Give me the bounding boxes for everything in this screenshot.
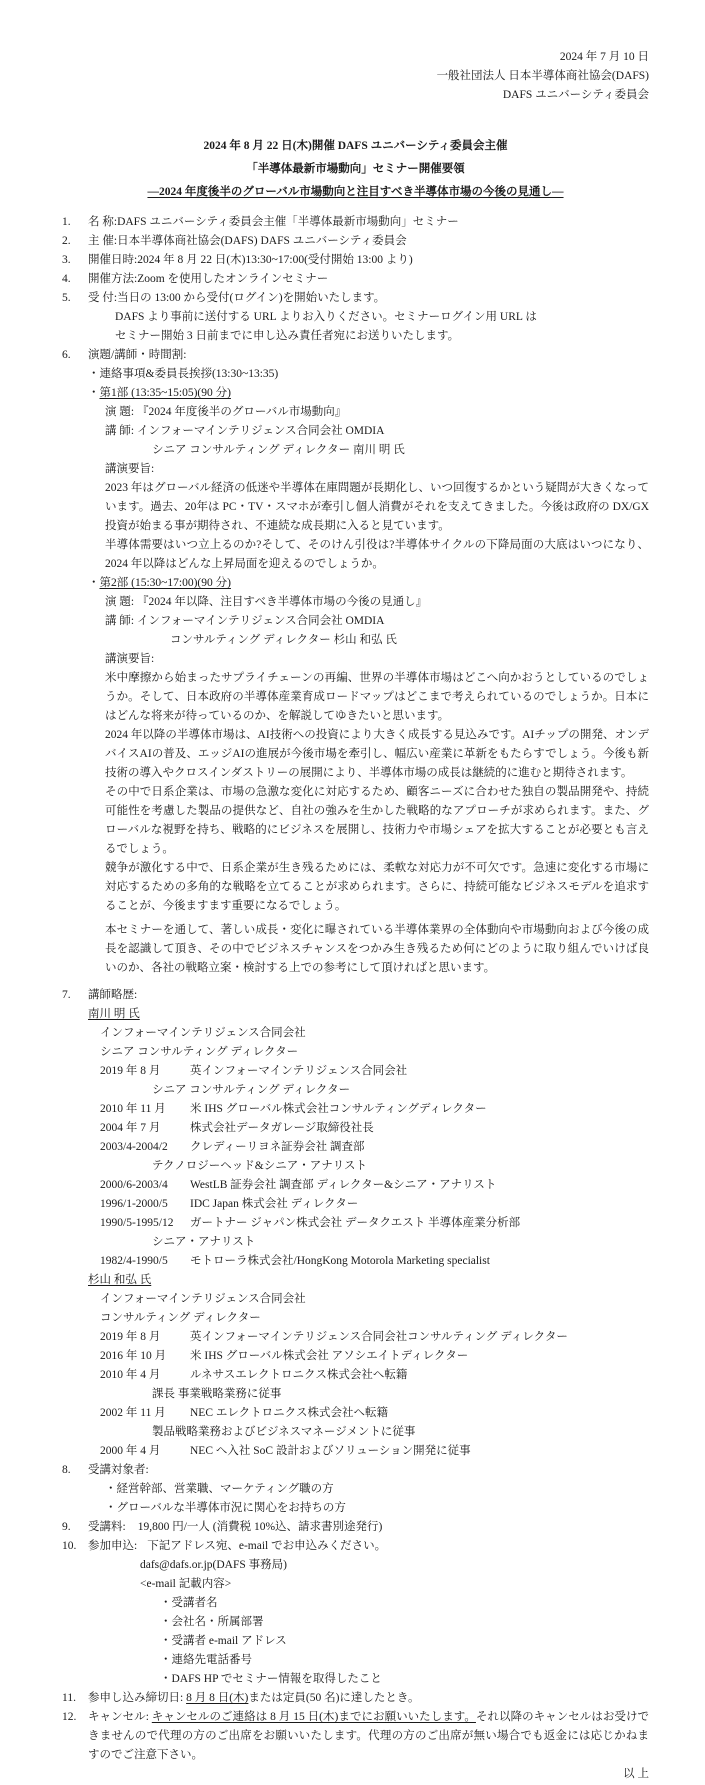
career-desc-line2: 課長 事業戦略業務に従事 <box>152 1385 649 1404</box>
career-date: 1982/4-1990/5 <box>100 1252 190 1271</box>
fee-value: 19,800 円/一人 (消費税 10%込、請求書別途発行) <box>138 1521 383 1533</box>
deadline-date: 8 月 8 日(木) <box>186 1692 248 1704</box>
career-row: 2000 年 4 月NEC へ入社 SoC 設計およびソリューション開発に従事 <box>100 1442 649 1461</box>
item-9-fee: 9. 受講料:19,800 円/一人 (消費税 10%込、請求書別途発行) <box>62 1518 649 1537</box>
career-date: 2016 年 10 月 <box>100 1347 190 1366</box>
audience-bullet: ・経営幹部、営業職、マーケティング職の方 <box>105 1480 649 1499</box>
career-row: 2016 年 10 月米 IHS グローバル株式会社 アソシエイトディレクター <box>100 1347 649 1366</box>
career-row: 2010 年 11 月米 IHS グローバル株式会社コンサルティングディレクター <box>100 1100 649 1119</box>
career-date: 2004 年 7 月 <box>100 1119 190 1138</box>
seminar-notice-document: 2024 年 7 月 10 日 一般社団法人 日本半導体商社協会(DAFS) D… <box>0 0 705 1785</box>
career-row: 1990/5-1995/12ガートナー ジャパン株式会社 データクエスト 半導体… <box>100 1214 649 1233</box>
deadline-rest: または定員(50 名)に達したとき。 <box>248 1692 419 1704</box>
part1-title: 第1部 (13:35~15:05)(90 分) <box>100 387 231 399</box>
item-body: 参申し込み締切日: 8 月 8 日(木)または定員(50 名)に達したとき。 <box>88 1689 649 1708</box>
item-2-organizer: 2. 主 催:日本半導体商社協会(DAFS) DAFS ユニバーシティ委員会 <box>62 232 649 251</box>
item-number: 6. <box>62 346 88 365</box>
item-body: 受講対象者: ・経営幹部、営業職、マーケティング職の方 ・グローバルな半導体市況… <box>88 1461 649 1518</box>
speaker-affiliation: インフォーマインテリジェンス合同会社 <box>100 1024 649 1043</box>
part1-abstract-paragraph: 半導体需要はいつ立上るのか?そして、そのけん引役は?半導体サイクルの下降局面の大… <box>105 536 649 574</box>
career-desc: 英インフォーマインテリジェンス合同会社 <box>190 1062 407 1081</box>
cancel-deadline: キャンセルのご連絡は 8 月 15 日(木)までにお願いいたします。 <box>152 1711 476 1723</box>
item-number: 9. <box>62 1518 88 1537</box>
audience-bullet: ・グローバルな半導体市況に関心をお持ちの方 <box>105 1499 649 1518</box>
item-text: 開催方法:Zoom を使用したオンラインセミナー <box>88 270 649 289</box>
item-number: 11. <box>62 1689 88 1708</box>
career-date: 2000 年 4 月 <box>100 1442 190 1461</box>
issue-date: 2024 年 7 月 10 日 <box>62 48 649 67</box>
email-contents-heading: <e-mail 記載内容> <box>140 1575 649 1594</box>
part2-topic: 演 題: 『2024 年以降、注目すべき半導体市場の今後の見通し』 <box>105 593 649 612</box>
career-desc: 米 IHS グローバル株式会社 アソシエイトディレクター <box>190 1347 468 1366</box>
career-date: 2019 年 8 月 <box>100 1328 190 1347</box>
bullet: ・ <box>88 577 100 589</box>
email-content-bullet: ・受講者 e-mail アドレス <box>160 1632 649 1651</box>
career-desc: 株式会社データガレージ取締役社長 <box>190 1119 374 1138</box>
email-content-bullet: ・受講者名 <box>160 1594 649 1613</box>
career-row: 2010 年 4 月ルネサスエレクトロニクス株式会社へ転籍 <box>100 1366 649 1385</box>
item-body: 演題/講師・時間割: ・連絡事項&委員長挨拶(13:30~13:35) ・第1部… <box>88 346 649 978</box>
item-text: 開催日時:2024 年 8 月 22 日(木)13:30~17:00(受付開始 … <box>88 251 649 270</box>
item-number: 10. <box>62 1537 88 1556</box>
career-row: 2019 年 8 月英インフォーマインテリジェンス合同会社コンサルティング ディ… <box>100 1328 649 1347</box>
career-date: 2010 年 4 月 <box>100 1366 190 1385</box>
career-row: 2000/6-2003/4WestLB 証券会社 調査部 ディレクター&シニア・… <box>100 1176 649 1195</box>
item-body: キャンセル: キャンセルのご連絡は 8 月 15 日(木)までにお願いいたします… <box>88 1708 649 1765</box>
numbered-items: 1. 名 称:DAFS ユニバーシティ委員会主催「半導体最新市場動向」セミナー … <box>62 213 649 1765</box>
item-text-continuation: DAFS より事前に送付する URL よりお入りください。セミナーログイン用 U… <box>115 308 649 327</box>
item-text-continuation: セミナー開始 3 日前までに申し込み責任者宛にお送りいたします。 <box>115 327 649 346</box>
item-4-method: 4. 開催方法:Zoom を使用したオンラインセミナー <box>62 270 649 289</box>
item-text: 主 催:日本半導体商社協会(DAFS) DAFS ユニバーシティ委員会 <box>88 232 649 251</box>
career-desc: モトローラ株式会社/HongKong Motorola Marketing sp… <box>190 1252 490 1271</box>
career-desc: 英インフォーマインテリジェンス合同会社コンサルティング ディレクター <box>190 1328 568 1347</box>
document-title: 2024 年 8 月 22 日(木)開催 DAFS ユニバーシティ委員会主催 「… <box>62 135 649 204</box>
career-desc: NEC エレクトロニクス株式会社へ転籍 <box>190 1404 388 1423</box>
item-3-datetime: 3. 開催日時:2024 年 8 月 22 日(木)13:30~17:00(受付… <box>62 251 649 270</box>
speaker-name: 杉山 和弘 氏 <box>88 1271 649 1290</box>
item-body: 講師略歴: 南川 明 氏 インフォーマインテリジェンス合同会社 シニア コンサル… <box>88 986 649 1461</box>
item-number: 2. <box>62 232 88 251</box>
audience-heading: 受講対象者: <box>88 1461 649 1480</box>
speaker-role: コンサルティング ディレクター <box>100 1309 649 1328</box>
item-10-application: 10. 参加申込:下記アドレス宛、e-mail でお申込みください。 dafs@… <box>62 1537 649 1689</box>
item-text: 名 称:DAFS ユニバーシティ委員会主催「半導体最新市場動向」セミナー <box>88 213 649 232</box>
career-desc: ルネサスエレクトロニクス株式会社へ転籍 <box>190 1366 407 1385</box>
part2-abstract-paragraph: 競争が激化する中で、日系企業が生き残るためには、柔軟な対応力が不可欠です。急速に… <box>105 859 649 916</box>
item-number: 1. <box>62 213 88 232</box>
item-number: 7. <box>62 986 88 1005</box>
fee-label: 受講料: <box>88 1521 126 1533</box>
career-desc: NEC へ入社 SoC 設計およびソリューション開発に従事 <box>190 1442 471 1461</box>
email-content-bullet: ・DAFS HP でセミナー情報を取得したこと <box>160 1670 649 1689</box>
career-desc: ガートナー ジャパン株式会社 データクエスト 半導体産業分析部 <box>190 1214 520 1233</box>
document-header: 2024 年 7 月 10 日 一般社団法人 日本半導体商社協会(DAFS) D… <box>62 48 649 105</box>
item-number: 5. <box>62 289 88 308</box>
item-number: 12. <box>62 1708 88 1727</box>
part1-title-line: ・第1部 (13:35~15:05)(90 分) <box>88 384 649 403</box>
title-line-2: 「半導体最新市場動向」セミナー開催要領 <box>62 158 649 181</box>
item-body: 受 付:当日の 13:00 から受付(ログイン)を開始いたします。 DAFS よ… <box>88 289 649 346</box>
career-date: 1996/1-2000/5 <box>100 1195 190 1214</box>
part2-title-line: ・第2部 (15:30~17:00)(90 分) <box>88 574 649 593</box>
speaker-affiliation: インフォーマインテリジェンス合同会社 <box>100 1290 649 1309</box>
career-desc: WestLB 証券会社 調査部 ディレクター&シニア・アナリスト <box>190 1176 496 1195</box>
career-row: 2004 年 7 月株式会社データガレージ取締役社長 <box>100 1119 649 1138</box>
item-number: 4. <box>62 270 88 289</box>
career-desc-line2: シニア コンサルティング ディレクター <box>152 1081 649 1100</box>
career-row: 2019 年 8 月英インフォーマインテリジェンス合同会社 <box>100 1062 649 1081</box>
career-date: 1990/5-1995/12 <box>100 1214 190 1233</box>
career-desc: 米 IHS グローバル株式会社コンサルティングディレクター <box>190 1100 487 1119</box>
item-text: 受 付:当日の 13:00 から受付(ログイン)を開始いたします。 <box>88 289 649 308</box>
seminar-closing-paragraph: 本セミナーを通して、著しい成長・変化に曝されている半導体業界の全体動向や市場動向… <box>105 921 649 978</box>
item-12-cancellation: 12. キャンセル: キャンセルのご連絡は 8 月 15 日(木)までにお願いい… <box>62 1708 649 1765</box>
application-line: 参加申込:下記アドレス宛、e-mail でお申込みください。 <box>88 1537 649 1556</box>
career-date: 2002 年 11 月 <box>100 1404 190 1423</box>
deadline-label: 参申し込み締切日: <box>88 1692 186 1704</box>
career-date: 2000/6-2003/4 <box>100 1176 190 1195</box>
career-desc: IDC Japan 株式会社 ディレクター <box>190 1195 358 1214</box>
item-11-deadline: 11. 参申し込み締切日: 8 月 8 日(木)または定員(50 名)に達したと… <box>62 1689 649 1708</box>
item-1-name: 1. 名 称:DAFS ユニバーシティ委員会主催「半導体最新市場動向」セミナー <box>62 213 649 232</box>
organization-name: 一般社団法人 日本半導体商社協会(DAFS) <box>62 67 649 86</box>
career-date: 2019 年 8 月 <box>100 1062 190 1081</box>
item-number: 3. <box>62 251 88 270</box>
career-row: 2002 年 11 月NEC エレクトロニクス株式会社へ転籍 <box>100 1404 649 1423</box>
item-body: 参加申込:下記アドレス宛、e-mail でお申込みください。 dafs@dafs… <box>88 1537 649 1689</box>
part1-lecturer: 講 師: インフォーマインテリジェンス合同会社 OMDIA <box>105 422 649 441</box>
committee-name: DAFS ユニバーシティ委員会 <box>62 86 649 105</box>
part1-abstract-paragraph: 2023 年はグローバル経済の低迷や半導体在庫問題が長期化し、いつ回復するかとい… <box>105 479 649 536</box>
item-8-target-audience: 8. 受講対象者: ・経営幹部、営業職、マーケティング職の方 ・グローバルな半導… <box>62 1461 649 1518</box>
career-row: 1996/1-2000/5IDC Japan 株式会社 ディレクター <box>100 1195 649 1214</box>
career-desc-line2: テクノロジーヘッド&シニア・アナリスト <box>152 1157 649 1176</box>
document-closing-ijou: 以 上 <box>62 1765 649 1784</box>
part1-lecturer-title: シニア コンサルティング ディレクター 南川 明 氏 <box>152 441 649 460</box>
career-date: 2010 年 11 月 <box>100 1100 190 1119</box>
speaker-role: シニア コンサルティング ディレクター <box>100 1043 649 1062</box>
bio-heading: 講師略歴: <box>88 986 649 1005</box>
speaker-name: 南川 明 氏 <box>88 1005 649 1024</box>
career-row: 2003/4-2004/2クレディーリヨネ証券会社 調査部 <box>100 1138 649 1157</box>
career-desc-line2: 製品戦略業務およびビジネスマネージメントに従事 <box>152 1423 649 1442</box>
program-heading: 演題/講師・時間割: <box>88 346 649 365</box>
application-text: 下記アドレス宛、e-mail でお申込みください。 <box>147 1540 386 1552</box>
program-notice: ・連絡事項&委員長挨拶(13:30~13:35) <box>88 365 649 384</box>
career-row: 1982/4-1990/5モトローラ株式会社/HongKong Motorola… <box>100 1252 649 1271</box>
title-line-3-subtitle: ―2024 年度後半のグローバル市場動向と注目すべき半導体市場の今後の見通し― <box>62 181 649 204</box>
part2-lecturer-title: コンサルティング ディレクター 杉山 和弘 氏 <box>170 631 649 650</box>
career-desc-line2: シニア・アナリスト <box>152 1233 649 1252</box>
part1-abstract-label: 講演要旨: <box>105 460 649 479</box>
email-content-bullet: ・会社名・所属部署 <box>160 1613 649 1632</box>
item-6-program: 6. 演題/講師・時間割: ・連絡事項&委員長挨拶(13:30~13:35) ・… <box>62 346 649 978</box>
career-date: 2003/4-2004/2 <box>100 1138 190 1157</box>
application-email: dafs@dafs.or.jp(DAFS 事務局) <box>140 1556 649 1575</box>
part2-abstract-paragraph: その中で日系企業は、市場の急激な変化に対応するため、顧客ニーズに合わせた独自の製… <box>105 783 649 859</box>
item-5-reception: 5. 受 付:当日の 13:00 から受付(ログイン)を開始いたします。 DAF… <box>62 289 649 346</box>
part2-abstract-label: 講演要旨: <box>105 650 649 669</box>
item-body: 受講料:19,800 円/一人 (消費税 10%込、請求書別途発行) <box>88 1518 649 1537</box>
email-content-bullet: ・連絡先電話番号 <box>160 1651 649 1670</box>
item-number: 8. <box>62 1461 88 1480</box>
item-7-lecturer-bios: 7. 講師略歴: 南川 明 氏 インフォーマインテリジェンス合同会社 シニア コ… <box>62 986 649 1461</box>
application-label: 参加申込: <box>88 1540 137 1552</box>
part1-topic: 演 題: 『2024 年度後半のグローバル市場動向』 <box>105 403 649 422</box>
career-desc: クレディーリヨネ証券会社 調査部 <box>190 1138 364 1157</box>
cancel-label: キャンセル: <box>88 1711 152 1723</box>
part2-abstract-paragraph: 米中摩擦から始まったサプライチェーンの再編、世界の半導体市場はどこへ向かおうとし… <box>105 669 649 726</box>
part2-title: 第2部 (15:30~17:00)(90 分) <box>100 577 231 589</box>
bullet: ・ <box>88 387 100 399</box>
part2-abstract-paragraph: 2024 年以降の半導体市場は、AI技術への投資により大きく成長する見込みです。… <box>105 726 649 783</box>
title-line-1: 2024 年 8 月 22 日(木)開催 DAFS ユニバーシティ委員会主催 <box>62 135 649 158</box>
part2-lecturer: 講 師: インフォーマインテリジェンス合同会社 OMDIA <box>105 612 649 631</box>
